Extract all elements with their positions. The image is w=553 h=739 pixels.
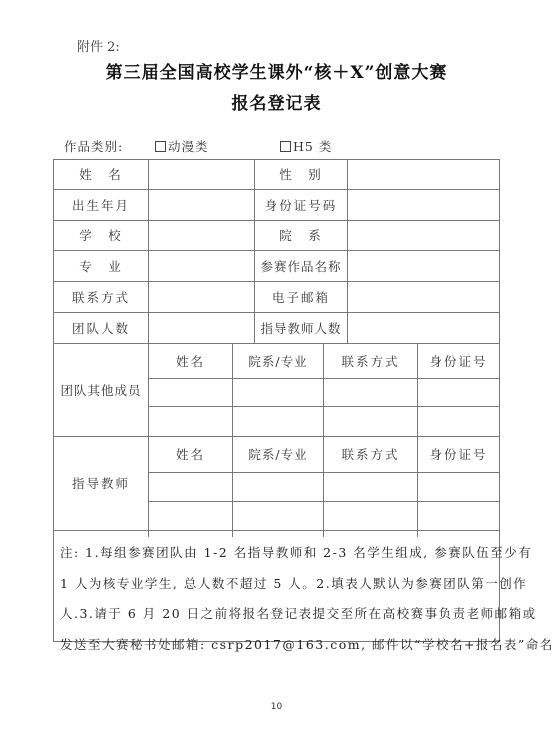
label-team-size: 团队人数 [54,312,148,343]
checkbox-icon[interactable] [155,141,166,152]
label-school: 学 校 [54,220,148,250]
note-line: 注: 1.每组参赛团队由 1-2 名指导教师和 2-3 名学生组成, 参赛队伍至… [60,538,498,569]
page-title: 第三届全国高校学生课外“核＋X”创意大赛 [0,58,553,83]
category-label: 作品类别: [64,137,123,155]
input-contact[interactable] [149,282,254,312]
advisor-2-name-input[interactable] [149,502,232,530]
input-email[interactable] [348,282,499,312]
member-1-name-input[interactable] [149,379,232,406]
member-2-name-input[interactable] [149,407,232,436]
member-1-contact-input[interactable] [324,379,417,406]
input-id-number[interactable] [348,190,499,220]
input-work-title[interactable] [348,251,499,281]
label-gender: 性 别 [255,159,347,189]
category-option-animation[interactable]: 动漫类 [155,137,209,155]
advisors-section-label: 指导教师 [54,436,148,530]
advisor-2-dept-input[interactable] [233,502,323,530]
page-subtitle: 报名登记表 [0,89,553,114]
input-advisor-count[interactable] [348,313,499,343]
member-2-dept-input[interactable] [233,407,323,436]
member-2-contact-input[interactable] [324,407,417,436]
input-major[interactable] [149,251,254,281]
advisors-col-id: 身份证号 [418,436,499,472]
page-number: 10 [0,702,553,712]
advisor-1-name-input[interactable] [149,473,232,501]
label-work-title: 参赛作品名称 [255,250,347,281]
advisor-1-contact-input[interactable] [324,473,417,501]
notes-block: 注: 1.每组参赛团队由 1-2 名指导教师和 2-3 名学生组成, 参赛队伍至… [60,538,498,660]
label-name: 姓 名 [54,159,148,189]
advisor-1-dept-input[interactable] [233,473,323,501]
member-1-id-input[interactable] [418,379,499,406]
label-contact: 联系方式 [54,281,148,312]
option-label: H5 类 [293,139,332,154]
note-line: 1 人为核专业学生, 总人数不超过 5 人。2.填表人默认为参赛团队第一创作 [60,569,498,600]
input-gender[interactable] [348,160,499,189]
member-1-dept-input[interactable] [233,379,323,406]
note-line: 发送至大赛秘书处邮箱: csrp2017@163.com, 邮件以“学校名+报名… [60,630,498,661]
row-divider [53,530,500,531]
attachment-label: 附件 2: [77,36,120,55]
members-section-label: 团队其他成员 [54,343,148,436]
members-col-name: 姓名 [149,343,232,378]
advisors-col-dept: 院系/专业 [233,436,323,472]
advisor-2-id-input[interactable] [418,502,499,530]
label-department: 院 系 [255,220,347,250]
label-major: 专 业 [54,250,148,281]
member-2-id-input[interactable] [418,407,499,436]
advisors-col-contact: 联系方式 [324,436,417,472]
input-school[interactable] [149,221,254,250]
advisor-1-id-input[interactable] [418,473,499,501]
input-birth-date[interactable] [149,190,254,220]
checkbox-icon[interactable] [280,141,291,152]
members-col-id: 身份证号 [418,343,499,378]
label-birth-date: 出生年月 [54,189,148,220]
members-col-dept: 院系/专业 [233,343,323,378]
advisors-col-name: 姓名 [149,436,232,472]
label-id-number: 身份证号码 [255,189,347,220]
category-option-h5[interactable]: H5 类 [280,137,332,155]
option-label: 动漫类 [168,139,209,154]
table-border [499,159,500,641]
note-line: 人.3.请于 6 月 20 日之前将报名登记表提交至所在高校赛事负责老师邮箱或 [60,599,498,630]
input-name[interactable] [149,160,254,189]
label-advisor-count: 指导教师人数 [255,312,347,343]
members-col-contact: 联系方式 [324,343,417,378]
input-team-size[interactable] [149,313,254,343]
input-department[interactable] [348,221,499,250]
label-email: 电子邮箱 [255,281,347,312]
advisor-2-contact-input[interactable] [324,502,417,530]
